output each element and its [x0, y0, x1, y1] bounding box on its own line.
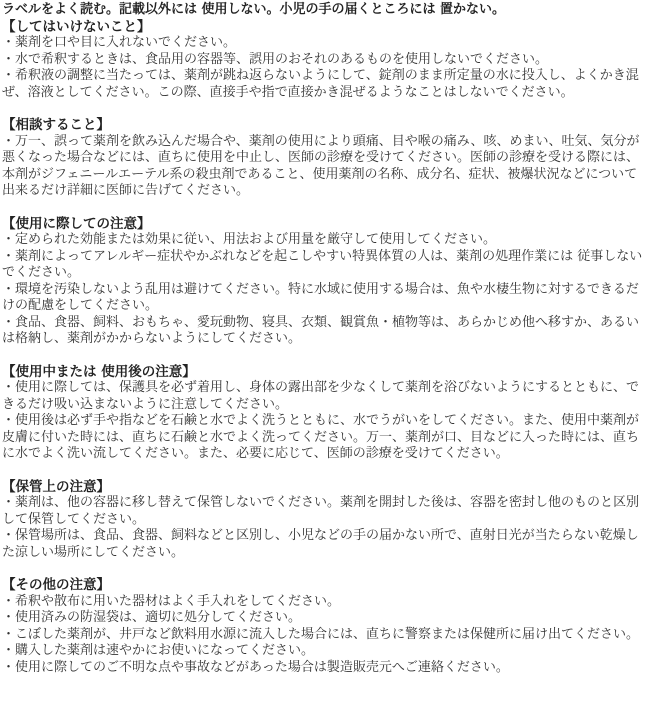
section-items: ・希釈や散布に用いた器材はよく手入れをしてください。・使用済みの防湿袋は、適切に…: [2, 594, 648, 677]
section-heading: 【保管上の注意】: [2, 479, 648, 496]
top-warning-line: ラベルをよく読む。記載以外には 使用しない。小児の手の届くところには 置かない。: [2, 2, 648, 19]
section-heading: 【してはいけないこと】: [2, 19, 648, 36]
caution-section: 【その他の注意】 ・希釈や散布に用いた器材はよく手入れをしてください。・使用済み…: [2, 577, 648, 676]
caution-section: 【使用に際しての注意】 ・定められた効能または効果に従い、用法および用量を厳守し…: [2, 216, 648, 348]
caution-item: ・こぼした薬剤が、井戸など飲料用水源に流入した場合には、直ちに警察または保健所に…: [2, 627, 648, 644]
pesticide-caution-label: ラベルをよく読む。記載以外には 使用しない。小児の手の届くところには 置かない。…: [0, 0, 650, 682]
caution-item: ・使用済みの防湿袋は、適切に処分してください。: [2, 610, 648, 627]
caution-item: ・使用に際してのご不明な点や事故などがあった場合は製造販売元へご連絡ください。: [2, 660, 648, 677]
caution-item: ・希釈や散布に用いた器材はよく手入れをしてください。: [2, 594, 648, 611]
caution-item: ・使用に際しては、保護具を必ず着用し、身体の露出部を少なくして薬剤を浴びないよう…: [2, 380, 648, 413]
section-items: ・定められた効能または効果に従い、用法および用量を厳守して使用してください。・薬…: [2, 232, 648, 348]
section-items: ・薬剤は、他の容器に移し替えて保管しないでください。薬剤を開封した後は、容器を密…: [2, 495, 648, 561]
caution-item: ・薬剤は、他の容器に移し替えて保管しないでください。薬剤を開封した後は、容器を密…: [2, 495, 648, 528]
section-items: ・万一、誤って薬剤を飲み込んだ場合や、薬剤の使用により頭痛、目や喉の痛み、咳、め…: [2, 134, 648, 200]
caution-item: ・水で希釈するときは、食品用の容器等、誤用のおそれのあるものを使用しないでくださ…: [2, 52, 648, 69]
caution-item: ・定められた効能または効果に従い、用法および用量を厳守して使用してください。: [2, 232, 648, 249]
caution-item: ・希釈液の調整に当たっては、薬剤が跳ね返らないようにして、錠剤のまま所定量の水に…: [2, 68, 648, 101]
caution-item: ・薬剤によってアレルギー症状やかぶれなどを起こしやすい特異体質の人は、薬剤の処理…: [2, 249, 648, 282]
caution-item: ・環境を汚染しないよう乱用は避けてください。特に水域に使用する場合は、魚や水棲生…: [2, 282, 648, 315]
caution-section: 【使用中または 使用後の注意】 ・使用に際しては、保護具を必ず着用し、身体の露出…: [2, 364, 648, 463]
caution-section: 【してはいけないこと】 ・薬剤を口や目に入れないでください。・水で希釈するときは…: [2, 19, 648, 102]
caution-item: ・薬剤を口や目に入れないでください。: [2, 35, 648, 52]
caution-item: ・使用後は必ず手や指などを石鹸と水でよく洗うとともに、水でうがいをしてください。…: [2, 413, 648, 463]
caution-item: ・食品、食器、飼料、おもちゃ、愛玩動物、寝具、衣類、観賞魚・植物等は、あらかじめ…: [2, 315, 648, 348]
caution-item: ・保管場所は、食品、食器、飼料などと区別し、小児などの手の届かない所で、直射日光…: [2, 528, 648, 561]
section-heading: 【使用中または 使用後の注意】: [2, 364, 648, 381]
section-heading: 【相談すること】: [2, 117, 648, 134]
caution-item: ・万一、誤って薬剤を飲み込んだ場合や、薬剤の使用により頭痛、目や喉の痛み、咳、め…: [2, 134, 648, 200]
caution-section: 【保管上の注意】 ・薬剤は、他の容器に移し替えて保管しないでください。薬剤を開封…: [2, 479, 648, 562]
section-items: ・薬剤を口や目に入れないでください。・水で希釈するときは、食品用の容器等、誤用の…: [2, 35, 648, 101]
section-heading: 【使用に際しての注意】: [2, 216, 648, 233]
caution-sections-container: 【してはいけないこと】 ・薬剤を口や目に入れないでください。・水で希釈するときは…: [2, 19, 648, 677]
caution-item: ・購入した薬剤は速やかにお使いになってください。: [2, 643, 648, 660]
section-items: ・使用に際しては、保護具を必ず着用し、身体の露出部を少なくして薬剤を浴びないよう…: [2, 380, 648, 463]
section-heading: 【その他の注意】: [2, 577, 648, 594]
caution-section: 【相談すること】 ・万一、誤って薬剤を飲み込んだ場合や、薬剤の使用により頭痛、目…: [2, 117, 648, 200]
